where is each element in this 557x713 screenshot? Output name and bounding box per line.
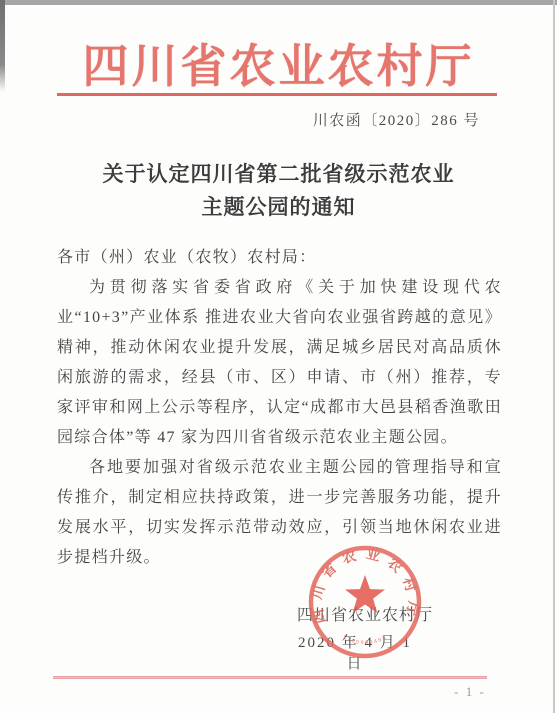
document-title: 关于认定四川省第二批省级示范农业 主题公园的通知 [0, 158, 557, 224]
page-number: - 1 - [440, 684, 500, 700]
salutation: 各市（州）农业（农牧）农村局： [57, 243, 502, 273]
signature-date: 2020 年 4 月 1 日 [290, 631, 420, 673]
scanned-document-page: 四川省农业农村厅 川农函〔2020〕286 号 关于认定四川省第二批省级示范农业… [0, 0, 557, 713]
body-paragraph-2: 各地要加强对省级示范农业主题公园的管理指导和宣传推介，制定相应扶持政策，进一步完… [57, 453, 502, 573]
letterhead-agency-name: 四川省农业农村厅 [0, 30, 557, 96]
signature-agency: 四川省农业农村厅 [290, 602, 440, 625]
body-paragraph-1: 为贯彻落实省委省政府《关于加快建设现代农业“10+3”产业体系 推进农业大省向农… [57, 273, 502, 453]
document-number: 川农函〔2020〕286 号 [313, 109, 480, 130]
scan-edge-right [553, 0, 555, 713]
letterhead-rule [57, 93, 497, 96]
document-title-line2: 主题公园的通知 [0, 191, 557, 224]
footer-rule [53, 676, 487, 679]
scan-edge-top [0, 0, 557, 5]
document-title-line1: 关于认定四川省第二批省级示范农业 [0, 158, 557, 191]
document-body: 各市（州）农业（农牧）农村局： 为贯彻落实省委省政府《关于加快建设现代农业“10… [57, 243, 502, 573]
